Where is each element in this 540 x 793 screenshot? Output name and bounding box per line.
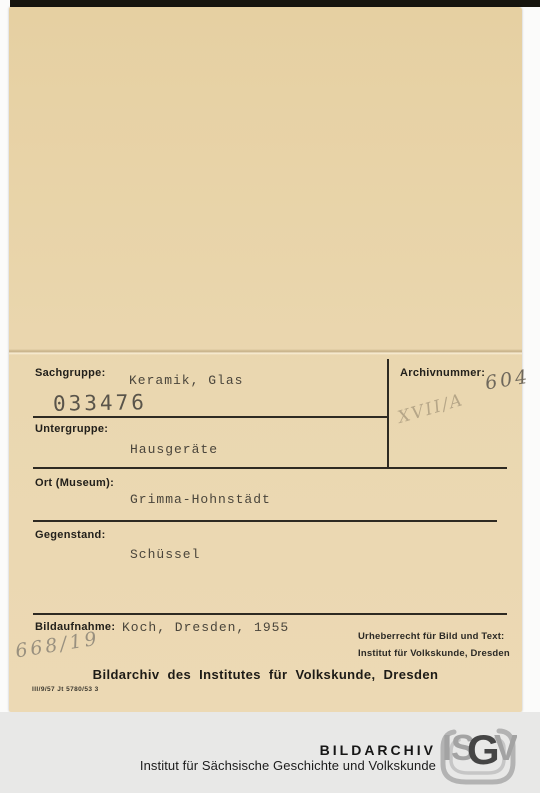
logo-letter-v: V [494, 727, 517, 768]
horizontal-rule-3 [33, 520, 497, 522]
pencil-note: XVII/A [396, 390, 467, 428]
scan-background-strip [10, 0, 540, 7]
ort-museum-label: Ort (Museum): [35, 477, 114, 489]
footer-institute-name: Institut für Sächsische Geschichte und V… [140, 758, 436, 774]
stamped-inventory-number: 033476 [53, 390, 147, 416]
untergruppe-value: Hausgeräte [130, 442, 218, 457]
footer-archive-title: BILDARCHIV [140, 743, 436, 758]
gegenstand-label: Gegenstand: [35, 529, 106, 541]
pencil-negative-number: 668/19 [14, 627, 101, 662]
copyright-notice: Urheberrecht für Bild und Text: Institut… [358, 628, 510, 662]
digitization-footer: BILDARCHIV Institut für Sächsische Gesch… [0, 712, 540, 793]
untergruppe-label: Untergruppe: [35, 423, 108, 435]
card-fold-crease [9, 349, 522, 355]
archivnummer-handwritten-value: 604 [484, 366, 532, 395]
vertical-divider [387, 359, 389, 468]
card-archive-title: Bildarchiv des Institutes für Volkskunde… [9, 667, 522, 682]
sachgruppe-label: Sachgruppe: [35, 367, 106, 379]
footer-text-block: BILDARCHIV Institut für Sächsische Gesch… [140, 743, 436, 774]
isgv-logo-icon: I S G V [439, 716, 517, 786]
horizontal-rule-1 [33, 416, 387, 418]
bildaufnahme-value: Koch, Dresden, 1955 [122, 620, 289, 635]
ort-museum-value: Grimma-Hohnstädt [130, 492, 271, 507]
gegenstand-value: Schüssel [130, 547, 200, 562]
horizontal-rule-2 [33, 467, 507, 469]
print-order-code: III/9/57 Jt 5780/53 3 [32, 686, 99, 693]
copyright-line-2: Institut für Volkskunde, Dresden [358, 645, 510, 662]
archive-index-card: Sachgruppe: Keramik, Glas 033476 Archivn… [9, 7, 522, 712]
archivnummer-label: Archivnummer: [400, 367, 485, 379]
copyright-line-1: Urheberrecht für Bild und Text: [358, 628, 510, 645]
horizontal-rule-4 [33, 613, 507, 615]
sachgruppe-value: Keramik, Glas [129, 373, 243, 388]
